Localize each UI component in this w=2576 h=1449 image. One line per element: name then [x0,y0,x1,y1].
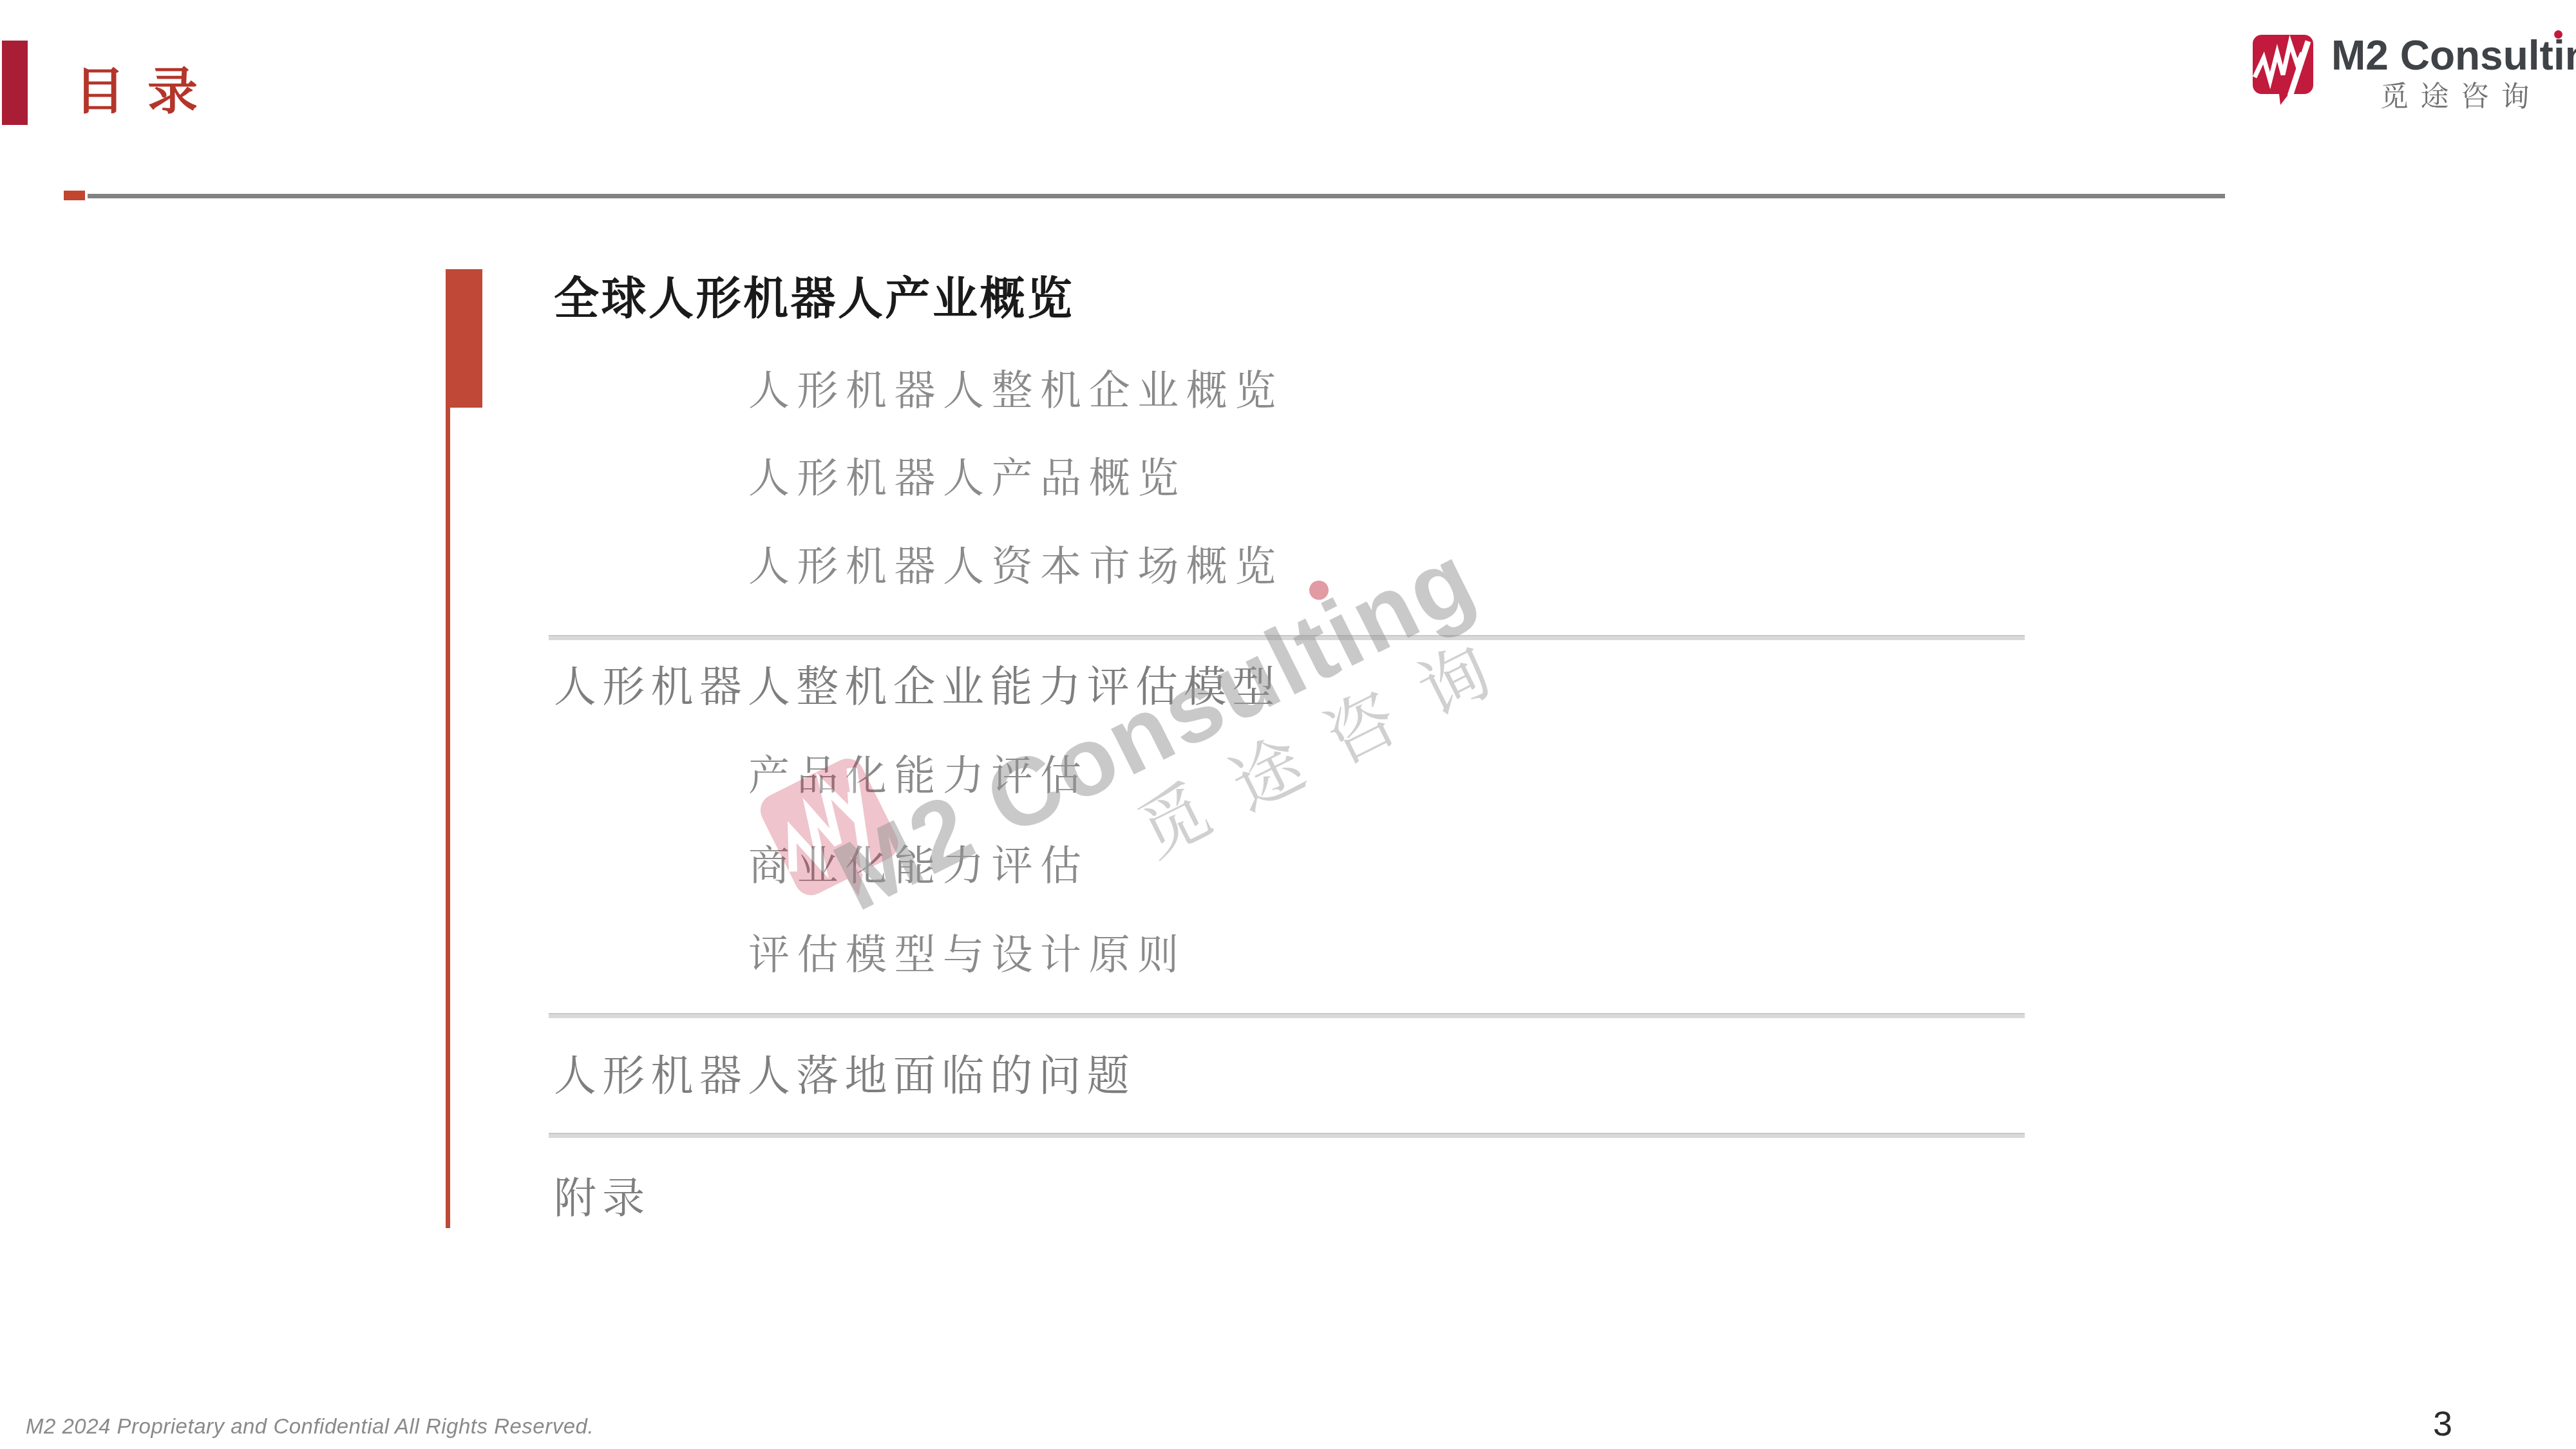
toc-item: 人形机器人整机企业概览 [748,368,1283,413]
toc-section-1-title: 全球人形机器人产业概览 [554,276,1075,325]
toc-item: 产品化能力评估 [748,753,1089,798]
company-logo: M2 Consulting 觅途咨询 [2251,33,2573,117]
toc-item: 人形机器人产品概览 [748,456,1186,500]
logo-i-dot [2554,30,2562,39]
header-rule [88,194,2225,198]
section-divider [549,1133,2025,1138]
toc-item: 评估模型与设计原则 [748,933,1186,977]
m2-heartbeat-logo-icon [2251,33,2316,106]
footer-copyright: M2 2024 Proprietary and Confidential All… [26,1414,594,1439]
logo-wordmark: M2 Consulting [2331,35,2576,76]
rule-accent-square [64,191,85,200]
page-number: 3 [2433,1404,2452,1444]
toc-item: 商业化能力评估 [748,844,1089,888]
toc-slide: 目录 M2 Consulting 觅途咨询 全球人形机器人产业概览 人形机器人整… [0,0,2576,1449]
section-divider [549,1013,2025,1018]
toc-section-4-title: 附录 [554,1176,650,1222]
page-title: 目录 [75,67,220,117]
watermark-i-dot [1306,577,1332,603]
toc-section-3-title: 人形机器人落地面临的问题 [554,1054,1135,1099]
logo-subtitle: 觅途咨询 [2380,73,2541,115]
toc-section-2-title: 人形机器人整机企业能力评估模型 [554,665,1281,710]
watermark-subtitle: 觅途咨询 [1128,621,1533,869]
toc-accent-line [446,408,450,1228]
title-accent-bar [2,41,28,125]
toc-accent-bar [446,269,482,408]
section-divider [549,635,2025,640]
toc-item: 人形机器人资本市场概览 [748,544,1283,589]
